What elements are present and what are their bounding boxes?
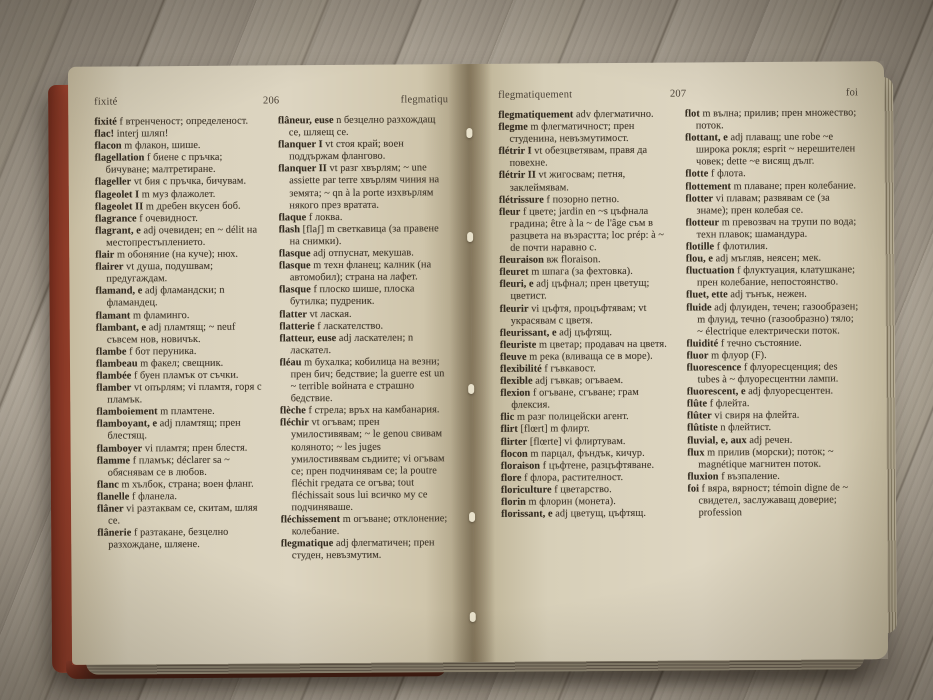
- stitch-thread: [466, 128, 472, 138]
- dictionary-entry: fleuriste m цветар; продавач на цветя.: [500, 338, 674, 351]
- headword: flatter: [279, 309, 307, 320]
- headword: flotter: [685, 193, 713, 204]
- dictionary-entry: flanc m хълбок, страна; воен фланг.: [97, 478, 268, 491]
- headword: flux: [687, 447, 704, 458]
- headword: flamber: [96, 382, 131, 393]
- headword: flagrant, e: [95, 225, 141, 236]
- headword: floraison: [501, 460, 540, 471]
- headword: flairer: [95, 262, 123, 273]
- headword: flamboiement: [96, 406, 157, 417]
- dictionary-entry: flâner vi разтаквам се, скитам, шляя се.: [97, 502, 268, 527]
- dictionary-entry: flanquer II vt разг хвърлям; ~ une assie…: [278, 163, 449, 213]
- headword: flambe: [96, 346, 127, 357]
- dictionary-entry: flegmatique adj флегматичен; прен студен…: [281, 537, 452, 562]
- headword: fluctuation: [686, 265, 735, 276]
- left-page-content: fixité 206 flegmatiqu fixité f втренчено…: [68, 64, 474, 665]
- open-pages: fixité 206 flegmatiqu fixité f втренчено…: [68, 61, 888, 665]
- headword: flânerie: [97, 528, 131, 539]
- headword: flatterie: [279, 321, 314, 332]
- stitch-thread: [469, 512, 475, 522]
- dictionary-entry: flamboyer vi пламтя; прен блестя.: [97, 442, 268, 455]
- left-page-columns: fixité f втренченост; определеност.flac!…: [94, 114, 452, 628]
- headword: fléchissement: [281, 514, 341, 525]
- dictionary-entry: fleuve m река (вливаща се в море).: [500, 351, 674, 364]
- headword: flatteur, euse: [279, 333, 336, 344]
- dictionary-entry: fleurir vi цъфтя, процъфтявам; vt украся…: [500, 302, 674, 327]
- headword: flâner: [97, 503, 124, 514]
- headword: flétrir II: [499, 170, 536, 181]
- headword: fluidité: [686, 338, 718, 349]
- headword: fleuve: [500, 352, 527, 363]
- headword: foi: [687, 483, 699, 494]
- headword: flaque: [278, 212, 306, 223]
- dictionary-entry: fleur f цвете; jardin en ~s цъфнала град…: [499, 205, 673, 255]
- right-page-content: flegmatiquement 207 foi flegmatiquement …: [470, 61, 888, 662]
- headword: fluxion: [687, 471, 718, 482]
- page-number: 207: [618, 88, 738, 100]
- headword: flagellation: [95, 153, 145, 164]
- headword: flegmatiquement: [498, 109, 573, 121]
- stitch-thread: [470, 612, 476, 622]
- headword: flambeau: [96, 358, 138, 369]
- dictionary-entry: fléchir vt огъвам; прен умилостивявам; ~…: [280, 417, 451, 515]
- photo-scene: fixité 206 flegmatiqu fixité f втренчено…: [0, 0, 933, 700]
- left-page-header: fixité 206 flegmatiqu: [94, 94, 448, 107]
- dictionary-entry: flanquer I vt стоя край; воен поддържам …: [278, 138, 449, 163]
- headword: flûte: [687, 399, 707, 410]
- dictionary-column: flâneur, euse n безцелно разхождащ се, ш…: [278, 114, 452, 627]
- dictionary-column: fixité f втренченост; определеност.flac!…: [94, 115, 268, 628]
- dictionary-entry: flamme f пламък; déclarer sa ~ обяснявам…: [97, 454, 268, 479]
- headword: flac!: [94, 129, 114, 140]
- headword: flirt: [500, 424, 517, 435]
- dictionary-entry: flot m вълна; прилив; прен множество; по…: [685, 107, 859, 132]
- dictionary-entry: flotter vi плавам; развявам се (за знаме…: [685, 192, 859, 217]
- dictionary-entry: foi f вяра, вярност; témoin digne de ~ с…: [687, 482, 861, 519]
- headword: flageolet II: [95, 201, 143, 212]
- right-page-header: flegmatiquement 207 foi: [498, 87, 858, 101]
- headword: fleur: [499, 206, 520, 217]
- dictionary-entry: florissant, e adj цветущ, цъфтящ.: [501, 508, 675, 521]
- headword: fleurissant, e: [500, 327, 557, 338]
- headword: flexibilité: [500, 364, 542, 375]
- dictionary-entry: flasque f плоско шише, плоска бутилка; п…: [279, 284, 450, 309]
- headword: flamant: [96, 310, 131, 321]
- running-head-right: foi: [738, 87, 858, 99]
- headword: florissant, e: [501, 509, 553, 520]
- dictionary-entry: flèche f стрела; връх на камбанария.: [280, 404, 451, 417]
- headword: flotte: [685, 169, 708, 180]
- dictionary-entry: flottant, e adj плаващ; une robe ~e широ…: [685, 132, 859, 169]
- headword: flamand, e: [95, 286, 142, 297]
- headword: flou, e: [686, 253, 713, 264]
- headword: flottant, e: [685, 132, 728, 143]
- dictionary-entry: fleuri, e adj цъфнал; прен цветущ; цвети…: [499, 278, 673, 303]
- headword: flambant, e: [96, 322, 146, 333]
- dictionary-entry: flamand, e adj фламандски; n фламандец.: [95, 285, 266, 310]
- headword: flasque: [279, 248, 311, 259]
- headword: fluor: [686, 350, 708, 361]
- headword: flûter: [687, 411, 712, 422]
- dictionary-entry: flegmatiquement adv флегматично.: [498, 109, 672, 122]
- headword: flotteur: [685, 217, 719, 228]
- headword: flotille: [686, 241, 714, 252]
- dictionary-entry: flamber vt опърлям; vi пламтя, горя с пл…: [96, 382, 267, 407]
- headword: flirter: [501, 436, 528, 447]
- dictionary-entry: flatteur, euse adj ласкателен; n ласкате…: [279, 332, 450, 357]
- left-page: fixité 206 flegmatiqu fixité f втренчено…: [68, 64, 474, 665]
- running-head-right: flegmatiqu: [330, 94, 448, 106]
- headword: flageolet I: [95, 189, 139, 200]
- dictionary-column: flot m вълна; прилив; прен множество; по…: [685, 107, 862, 624]
- running-head-left: fixité: [94, 96, 212, 108]
- headword: flamme: [97, 455, 131, 466]
- dictionary-entry: flottement m плаване; прен колебание.: [685, 180, 859, 193]
- headword: flot: [685, 108, 700, 119]
- dictionary-entry: flairer vt душа, подушвам; предугаждам.: [95, 261, 266, 286]
- headword: fleuraison: [499, 255, 544, 266]
- dictionary-entry: fluide adj флуиден, течен; газообразен; …: [686, 301, 860, 338]
- dictionary-entry: flash [flaʃ] m светкавица (за правене на…: [279, 223, 450, 248]
- right-page-columns: flegmatiquement adv флегматично.flegme m…: [498, 107, 862, 626]
- headword: flambée: [96, 370, 131, 381]
- stitch-thread: [467, 232, 473, 242]
- running-head-left: flegmatiquement: [498, 89, 618, 101]
- headword: flâneur, euse: [278, 115, 334, 126]
- headword: flétrissure: [499, 194, 544, 205]
- dictionary-entry: flamboyant, e adj пламтящ; прен блестящ.: [96, 418, 267, 443]
- headword: flanelle: [97, 491, 130, 502]
- dictionary-entry: floraison f цъфтене, разцъфтяване.: [501, 459, 675, 472]
- headword: fléchir: [280, 418, 309, 429]
- headword: flegme: [498, 122, 528, 133]
- dictionary-entry: flasque m техн фланец; калник (на автомо…: [279, 259, 450, 284]
- dictionary-entry: fluctuation f флуктуация, клатушкане; пр…: [686, 265, 860, 290]
- headword: fluorescence: [687, 362, 742, 373]
- headword: flexible: [500, 376, 533, 387]
- dictionary-entry: flâneur, euse n безцелно разхождащ се, ш…: [278, 114, 449, 139]
- dictionary-entry: fléchissement m огъване; отклонение; кол…: [281, 513, 452, 538]
- headword: flûtiste: [687, 423, 718, 434]
- headword: fluvial, e, aux: [687, 435, 747, 446]
- dictionary-column: flegmatiquement adv флегматично.flegme m…: [498, 109, 675, 626]
- headword: floriculture: [501, 484, 552, 495]
- headword: flegmatique: [281, 538, 334, 549]
- headword: fleurir: [500, 303, 529, 314]
- stitch-thread: [468, 384, 474, 394]
- headword: fixité: [94, 117, 117, 128]
- dictionary-entry: flageolet II m дребен вкусен боб.: [95, 200, 266, 213]
- dictionary-entry: flambant, e adj пламтящ; ~ neuf съвсем н…: [96, 321, 267, 346]
- dictionary-entry: flétrir I vt обезцветявам, правя да пове…: [498, 145, 672, 170]
- headword: flanc: [97, 479, 119, 490]
- headword: flamboyer: [97, 443, 143, 454]
- headword: fluet, ette: [686, 290, 728, 301]
- dictionary-entry: flétrir II vt жигосвам; петня, заклеймяв…: [499, 169, 673, 194]
- dictionary-entry: fléau m бухалка; кобилица на везни; прен…: [279, 356, 450, 406]
- dictionary-entry: flegme m флегматичност; прен студенина, …: [498, 121, 672, 146]
- headword: flanquer II: [278, 163, 327, 174]
- dictionary-entry: flageller vt бия с пръчка, бичувам.: [95, 176, 266, 189]
- headword: flore: [501, 473, 522, 484]
- headword: flasque: [279, 260, 311, 271]
- headword: flétrir I: [498, 146, 531, 157]
- dictionary-entry: fluorescence f флуоресценция; des tubes …: [687, 361, 861, 386]
- headword: flacon: [94, 141, 121, 152]
- dictionary-entry: flexion f огъване, сгъване; грам флексия…: [500, 387, 674, 412]
- headword: fleuret: [499, 267, 528, 278]
- headword: flocon: [501, 448, 528, 459]
- page-number: 206: [212, 95, 330, 107]
- dictionary-entry: flagellation f биене с пръчка; бичуване;…: [95, 152, 266, 177]
- headword: flottement: [685, 181, 731, 192]
- dictionary-entry: fixité f втренченост; определеност.: [94, 115, 265, 128]
- headword: fluorescent, e: [687, 386, 746, 397]
- headword: flic: [500, 412, 514, 423]
- headword: flamboyant, e: [96, 419, 157, 430]
- headword: flageller: [95, 177, 132, 188]
- headword: flexion: [500, 388, 530, 399]
- dictionary-entry: flotteur m превозвач на трупи по вода; т…: [685, 216, 859, 241]
- headword: florin: [501, 497, 526, 508]
- headword: flair: [95, 250, 114, 261]
- headword: flasque: [279, 284, 311, 295]
- dictionary-entry: flânerie f разтакане, безцелно разхождан…: [97, 527, 268, 552]
- headword: fleuriste: [500, 339, 537, 350]
- headword: fleuri, e: [499, 279, 533, 290]
- headword: fluide: [686, 302, 712, 313]
- right-page: flegmatiquement 207 foi flegmatiquement …: [470, 61, 888, 662]
- headword: flèche: [280, 405, 306, 416]
- dictionary-entry: flux m прилив (морски); поток; ~ magnéti…: [687, 446, 861, 471]
- headword: flagrance: [95, 213, 137, 224]
- dictionary-entry: flagrant, e adj очевиден; en ~ délit на …: [95, 224, 266, 249]
- headword: flash: [279, 224, 301, 235]
- headword: flanquer I: [278, 139, 323, 150]
- headword: fléau: [279, 357, 301, 368]
- open-book: fixité 206 flegmatiqu fixité f втренчено…: [68, 61, 888, 665]
